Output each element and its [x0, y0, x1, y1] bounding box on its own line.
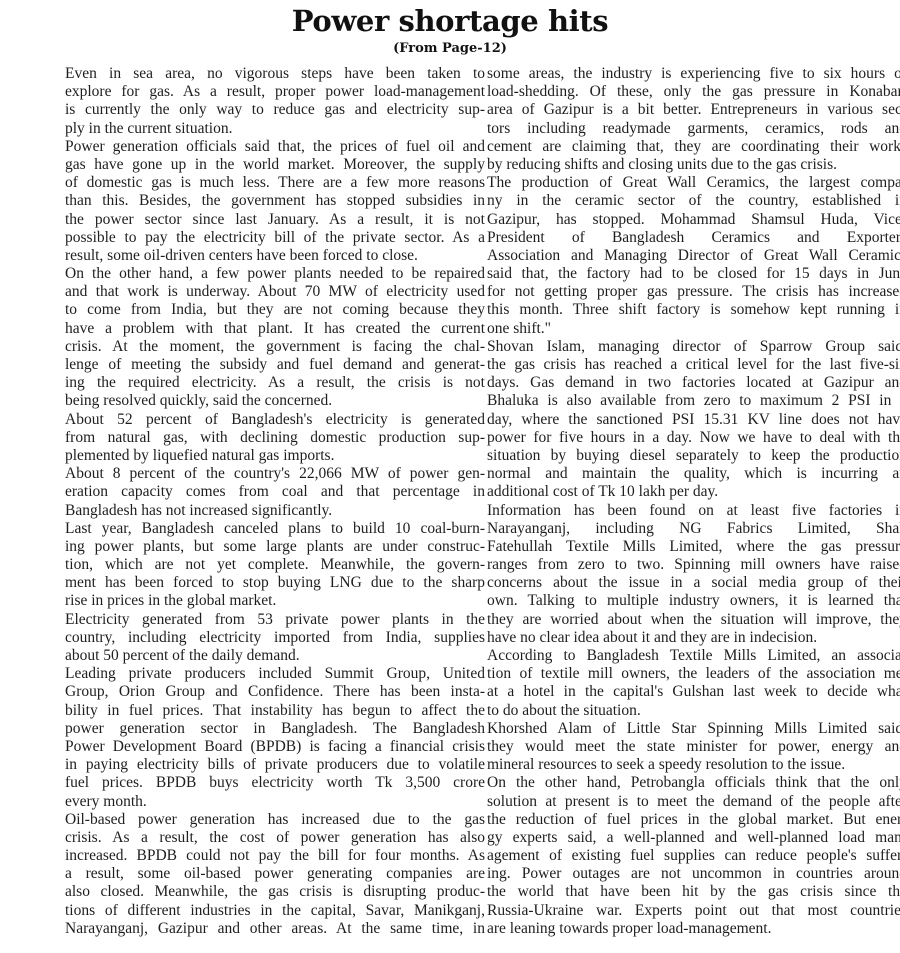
text-line: the power sector since last January. As … — [65, 211, 485, 229]
text-line: agement of existing fuel supplies can re… — [487, 847, 900, 865]
text-line: plemented by liquefied natural gas impor… — [65, 447, 485, 465]
headline: Power shortage hits — [0, 2, 900, 40]
text-line: gas have gone up in the world market. Mo… — [65, 156, 485, 174]
text-line: power for five hours in a day. Now we ha… — [487, 429, 900, 447]
text-line: this month. Three shift factory is someh… — [487, 301, 900, 319]
text-line: Russia-Ukraine war. Experts point out th… — [487, 902, 900, 920]
text-line: ny in the ceramic sector of the country,… — [487, 192, 900, 210]
text-line: tions of different industries in the cap… — [65, 902, 485, 920]
text-line: in paying electricity bills of private p… — [65, 756, 485, 774]
text-line: have a problem with that plant. It has c… — [65, 320, 485, 338]
text-line: On the other hand, Petrobangla officials… — [487, 774, 900, 792]
text-line: Shovan Islam, managing director of Sparr… — [487, 338, 900, 356]
text-line: to do about the situation. — [487, 702, 900, 720]
text-line: Power Development Board (BPDB) is facing… — [65, 738, 485, 756]
text-line: they are worried about when the situatio… — [487, 611, 900, 629]
text-line: by reducing shifts and closing units due… — [487, 156, 900, 174]
text-line: the gas crisis has reached a critical le… — [487, 356, 900, 374]
text-line: additional cost of Tk 10 lakh per day. — [487, 483, 900, 501]
text-line: being resolved quickly, said the concern… — [65, 392, 485, 410]
text-line: normal and maintain the quality, which i… — [487, 465, 900, 483]
text-line: days. Gas demand in two factories locate… — [487, 374, 900, 392]
text-line: Power generation officials said that, th… — [65, 138, 485, 156]
text-line: to come from India, but they are not com… — [65, 301, 485, 319]
text-line: tors including readymade garments, ceram… — [487, 120, 900, 138]
text-line: result, some oil-driven centers have bee… — [65, 247, 485, 265]
text-line: situation by buying diesel separately to… — [487, 447, 900, 465]
text-line: increased. BPDB could not pay the bill f… — [65, 847, 485, 865]
text-line: Association and Managing Director of Gre… — [487, 247, 900, 265]
text-line: of domestic gas is much less. There are … — [65, 174, 485, 192]
text-line: Group, Orion Group and Confidence. There… — [65, 683, 485, 701]
text-line: crisis. As a result, the cost of power g… — [65, 829, 485, 847]
text-line: ranges from zero to two. Spinning mill o… — [487, 556, 900, 574]
text-line: power generation sector in Bangladesh. T… — [65, 720, 485, 738]
text-line: ing the required electricity. As a resul… — [65, 374, 485, 392]
text-line: Even in sea area, no vigorous steps have… — [65, 65, 485, 83]
text-line: the world that have been hit by the gas … — [487, 883, 900, 901]
text-line: Narayanganj, Gazipur and other areas. At… — [65, 920, 485, 938]
text-line: solution at present is to meet the deman… — [487, 793, 900, 811]
text-line: About 52 percent of Bangladesh's electri… — [65, 411, 485, 429]
text-line: day, where the sanctioned PSI 15.31 KV l… — [487, 411, 900, 429]
text-line: Last year, Bangladesh canceled plans to … — [65, 520, 485, 538]
article-column-left: Even in sea area, no vigorous steps have… — [65, 65, 485, 938]
text-line: tion of textile mill owners, the leaders… — [487, 665, 900, 683]
text-line: from natural gas, with declining domesti… — [65, 429, 485, 447]
text-line: and that work is underway. About 70 MW o… — [65, 283, 485, 301]
text-line: Fatehullah Textile Mills Limited, where … — [487, 538, 900, 556]
article-column-right: some areas, the industry is experiencing… — [487, 65, 900, 938]
text-line: ply in the current situation. — [65, 120, 485, 138]
text-line: Gazipur, has stopped. Mohammad Shamsul H… — [487, 211, 900, 229]
text-line: said that, the factory had to be closed … — [487, 265, 900, 283]
text-line: possible to pay the electricity bill of … — [65, 229, 485, 247]
text-line: the reduction of fuel prices in the glob… — [487, 811, 900, 829]
text-line: some areas, the industry is experiencing… — [487, 65, 900, 83]
text-line: The production of Great Wall Ceramics, t… — [487, 174, 900, 192]
text-line: President of Bangladesh Ceramics and Exp… — [487, 229, 900, 247]
text-line: Khorshed Alam of Little Star Spinning Mi… — [487, 720, 900, 738]
text-line: gy experts said, a well-planned and well… — [487, 829, 900, 847]
text-line: they would meet the state minister for p… — [487, 738, 900, 756]
text-line: Narayanganj, including NG Fabrics Limite… — [487, 520, 900, 538]
text-line: mineral resources to seek a speedy resol… — [487, 756, 900, 774]
text-line: eration capacity comes from coal and tha… — [65, 483, 485, 501]
text-line: fuel prices. BPDB buys electricity worth… — [65, 774, 485, 792]
text-line: Oil-based power generation has increased… — [65, 811, 485, 829]
text-line: is currently the only way to reduce gas … — [65, 101, 485, 119]
text-line: About 8 percent of the country's 22,066 … — [65, 465, 485, 483]
text-line: load-shedding. Of these, only the gas pr… — [487, 83, 900, 101]
text-line: one shift." — [487, 320, 900, 338]
text-line: Leading private producers included Summi… — [65, 665, 485, 683]
text-line: ing power plants, but some large plants … — [65, 538, 485, 556]
text-line: explore for gas. As a result, proper pow… — [65, 83, 485, 101]
text-line: about 50 percent of the daily demand. — [65, 647, 485, 665]
text-line: lenge of meeting the subsidy and fuel de… — [65, 356, 485, 374]
text-line: a result, some oil-based power generatin… — [65, 865, 485, 883]
text-line: bility in fuel prices. That instability … — [65, 702, 485, 720]
text-line: country, including electricity imported … — [65, 629, 485, 647]
text-line: for not getting proper gas pressure. The… — [487, 283, 900, 301]
text-line: Bhaluka is also available from zero to m… — [487, 392, 900, 410]
text-line: at a hotel in the capital's Gulshan last… — [487, 683, 900, 701]
text-line: rise in prices in the global market. — [65, 592, 485, 610]
text-line: also closed. Meanwhile, the gas crisis i… — [65, 883, 485, 901]
text-line: have no clear idea about it and they are… — [487, 629, 900, 647]
text-line: cement are claiming that, they are coord… — [487, 138, 900, 156]
continuation-label: (From Page-12) — [0, 40, 900, 58]
text-line: are leaning towards proper load-manageme… — [487, 920, 900, 938]
text-line: ment has been forced to stop buying LNG … — [65, 574, 485, 592]
text-line: crisis. At the moment, the government is… — [65, 338, 485, 356]
text-line: own. Talking to multiple industry owners… — [487, 592, 900, 610]
text-line: ing. Power outages are not uncommon in c… — [487, 865, 900, 883]
text-line: than this. Besides, the government has s… — [65, 192, 485, 210]
text-line: According to Bangladesh Textile Mills Li… — [487, 647, 900, 665]
text-line: Information has been found on at least f… — [487, 502, 900, 520]
text-line: every month. — [65, 793, 485, 811]
text-line: area of Gazipur is a bit better. Entrepr… — [487, 101, 900, 119]
text-line: Bangladesh has not increased significant… — [65, 502, 485, 520]
text-line: On the other hand, a few power plants ne… — [65, 265, 485, 283]
text-line: Electricity generated from 53 private po… — [65, 611, 485, 629]
text-line: concerns about the issue in a social med… — [487, 574, 900, 592]
text-line: tion, which are not yet complete. Meanwh… — [65, 556, 485, 574]
